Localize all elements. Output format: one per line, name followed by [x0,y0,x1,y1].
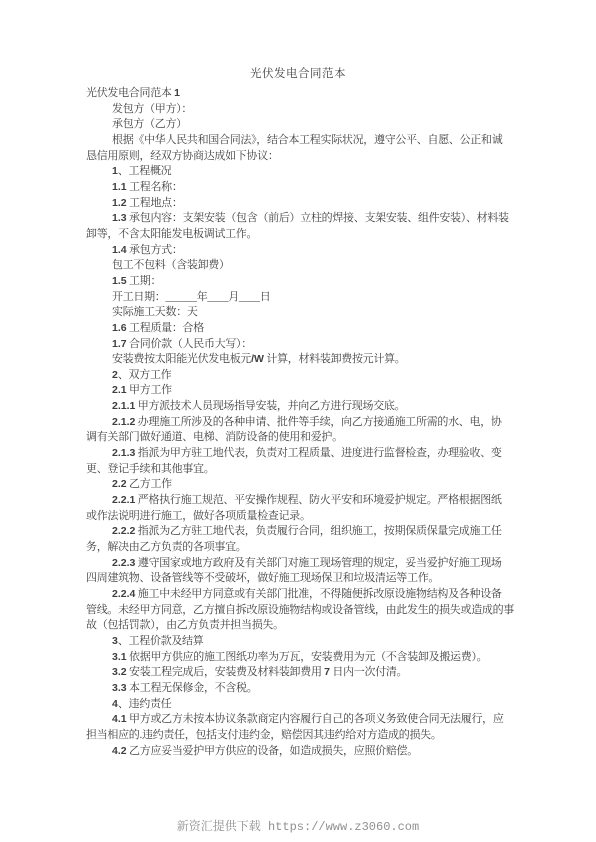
text-line: 包工不包料（含装卸费） [86,258,512,274]
line-text: 日内一次付清。 [330,666,407,678]
text-line: 恳信用原则，经双方协商达成如下协议： [86,149,512,165]
line-text: 依据甲方供应的施工图纸功率为万瓦，安装费用为元（不含装卸及搬运费）。 [127,651,488,663]
text-line: 开工日期：______年____月____日 [86,290,512,306]
text-line: 1.7 合同价款（人民币大写）： [86,337,512,353]
clause-number: 4.2 [112,745,127,757]
line-text: 乙方工作 [127,478,172,490]
line-text: 务，解决由乙方负责的各项事宜。 [86,541,247,553]
clause-number: 1.5 [112,275,127,287]
line-text: 施工中未经甲方同意或有关部门批准，不得随便拆改原设施物结构及各种设备 [135,588,501,600]
document-title: 光伏发电合同范本 [0,66,596,83]
text-line: 4、违约责任 [86,697,512,713]
clause-number: 2.2.1 [112,494,135,506]
text-line: 4.1 甲方或乙方未按本协议条款商定内容履行自己的各项义务致使合同无法履行，应 [86,712,512,728]
text-line: 1.4 承包方式： [86,243,512,259]
line-text: 发包方（甲方）： [112,103,192,115]
text-line: 2.2.1 严格执行施工规范、平安操作规程、防火平安和环境爱护规定。严格根据图纸 [86,493,512,509]
text-line: 发包方（甲方）： [86,102,512,118]
text-line: 2.2.3 遵守国家或地方政府及有关部门对施工现场管理的规定，妥当爱护好施工现场 [86,556,512,572]
line-text: 更、登记手续和其他事宜。 [86,463,214,475]
line-text: 、工程价款及结算 [118,635,204,647]
line-text: 指派为甲方驻工地代表，负责对工程质量、进度进行监督检查，办理验收、变 [135,447,501,459]
line-text: 光伏发电合同范本 [86,87,174,99]
text-line: 务，解决由乙方负责的各项事宜。 [86,540,512,556]
text-line: 2.2 乙方工作 [86,477,512,493]
text-line: 实际施工天数：天 [86,305,512,321]
line-text: 恳信用原则，经双方协商达成如下协议： [86,150,279,162]
line-text: 承包内容：支架安装（包含（前后）立柱的焊接、支架安装、组件安装）、材料装 [127,212,509,224]
text-line: 调有关部门做好通道、电梯、消防设备的使用和爱护。 [86,430,512,446]
clause-number: 1.6 [112,322,127,334]
text-line: 或作法说明进行施工，做好各项质量检查记录。 [86,509,512,525]
line-text: 工期： [127,275,162,287]
text-line: 1.2 工程地点： [86,196,512,212]
document-body: 光伏发电合同范本 1发包方（甲方）：承包方（乙方）根据《中华人民共和国合同法》，… [86,86,512,759]
text-line: 1.5 工期： [86,274,512,290]
text-line: 卸等，不含太阳能发电板调试工作。 [86,227,512,243]
text-line: 3.3 本工程无保修金，不含税。 [86,681,512,697]
line-text: 、工程概况 [118,165,172,177]
text-line: 3、工程价款及结算 [86,634,512,650]
text-line: 1、工程概况 [86,164,512,180]
page-footer: 新资汇提供下载 https://www.z3060.com [0,817,596,834]
text-line: 2.2.4 施工中未经甲方同意或有关部门批准，不得随便拆改原设施物结构及各种设备 [86,587,512,603]
line-text: 工程质量：合格 [127,322,204,334]
clause-number: 1.1 [112,181,127,193]
text-line: 2.1 甲方工作 [86,383,512,399]
clause-number: 2.2.2 [112,525,135,537]
contract-page: 光伏发电合同范本 光伏发电合同范本 1发包方（甲方）：承包方（乙方）根据《中华人… [0,0,596,842]
line-text: 或作法说明进行施工，做好各项质量检查记录。 [86,510,311,522]
line-text: 办理施工所涉及的各种申请、批件等手续，向乙方接通施工所需的水、电，协 [135,416,501,428]
clause-number: 3.3 [112,682,127,694]
line-text: 合同价款（人民币大写）： [127,338,252,350]
text-line: 承包方（乙方） [86,117,512,133]
clause-number: 2.1 [112,384,127,396]
text-line: 管线。未经甲方同意，乙方擅自拆改原设施物结构或设备管线，由此发生的损失或造成的事 [86,603,512,619]
text-line: 1.1 工程名称： [86,180,512,196]
line-text: 甲方派技术人员现场指导安装，并向乙方进行现场交底。 [135,400,405,412]
clause-number: 3.1 [112,651,127,663]
line-text: 本工程无保修金，不含税。 [127,682,258,694]
text-line: 2、双方工作 [86,368,512,384]
line-text: 包工不包料（含装卸费） [112,259,230,271]
line-text: 担当相应的.违约责任，包括支付违约金，赔偿因其违约给对方造成的损失。 [86,729,442,741]
text-line: 3.2 安装工程完成后，安装费及材料装卸费用 7 日内一次付清。 [86,665,512,681]
line-text: 安装费按太阳能光伏发电板元 [112,353,251,365]
line-text: 卸等，不含太阳能发电板调试工作。 [86,228,257,240]
clause-number: 3.2 [112,666,127,678]
line-text: 遵守国家或地方政府及有关部门对施工现场管理的规定，妥当爱护好施工现场 [135,557,501,569]
text-line: 1.6 工程质量：合格 [86,321,512,337]
line-text: 工程名称： [127,181,183,193]
text-line: 担当相应的.违约责任，包括支付违约金，赔偿因其违约给对方造成的损失。 [86,728,512,744]
clause-number: 1.7 [112,338,127,350]
clause-number: 1.3 [112,212,127,224]
line-text: 计算，材料装卸费按元计算。 [264,353,406,365]
clause-number: 2.1.1 [112,400,135,412]
line-text: 实际施工天数：天 [112,306,198,318]
text-line: 1.3 承包内容：支架安装（包含（前后）立柱的焊接、支架安装、组件安装）、材料装 [86,211,512,227]
clause-number: 2.2.3 [112,557,135,569]
text-line: 4.2 乙方应妥当爱护甲方供应的设备，如造成损失，应照价赔偿。 [86,744,512,760]
text-line: 故（包括罚款），由乙方负责并担当损失。 [86,618,512,634]
clause-number: 2.1.2 [112,416,135,428]
line-text: 根据《中华人民共和国合同法》，结合本工程实际状况，遵守公平、自愿、公正和诚 [112,134,502,146]
line-text: 承包方（乙方） [112,118,187,130]
text-line: 根据《中华人民共和国合同法》，结合本工程实际状况，遵守公平、自愿、公正和诚 [86,133,512,149]
clause-number: 1 [174,87,180,99]
text-line: 3.1 依据甲方供应的施工图纸功率为万瓦，安装费用为元（不含装卸及搬运费）。 [86,650,512,666]
text-line: 更、登记手续和其他事宜。 [86,462,512,478]
clause-number: 1.2 [112,197,127,209]
text-line: 光伏发电合同范本 1 [86,86,512,102]
line-text: 严格执行施工规范、平安操作规程、防火平安和环境爱护规定。严格根据图纸 [135,494,501,506]
text-line: 2.1.1 甲方派技术人员现场指导安装，并向乙方进行现场交底。 [86,399,512,415]
line-text: 、违约责任 [118,698,172,710]
line-text: 故（包括罚款），由乙方负责并担当损失。 [86,619,284,631]
line-text: 甲方工作 [127,384,172,396]
text-line: 2.1.2 办理施工所涉及的各种申请、批件等手续，向乙方接通施工所需的水、电，协 [86,415,512,431]
line-text: 甲方或乙方未按本协议条款商定内容履行自己的各项义务致使合同无法履行，应 [127,713,504,725]
line-text: 承包方式： [127,244,183,256]
clause-number: 2.1.3 [112,447,135,459]
line-text: 开工日期：______年____月____日 [112,291,270,303]
clause-number: 4.1 [112,713,127,725]
clause-number: 1.4 [112,244,127,256]
text-line: 2.1.3 指派为甲方驻工地代表，负责对工程质量、进度进行监督检查，办理验收、变 [86,446,512,462]
text-line: 安装费按太阳能光伏发电板元/W 计算，材料装卸费按元计算。 [86,352,512,368]
line-text: 指派为乙方驻工地代表，负责履行合同，组织施工，按期保质保量完成施工任 [135,525,501,537]
line-text: 工程地点： [127,197,183,209]
line-text: 安装工程完成后，安装费及材料装卸费用 [127,666,325,678]
clause-number: 2.2 [112,478,127,490]
line-text: 四周建筑物、设备管线等不受破坏，做好施工现场保卫和垃圾清运等工作。 [86,572,439,584]
clause-number: /W [251,353,264,365]
clause-number: 2.2.4 [112,588,135,600]
text-line: 四周建筑物、设备管线等不受破坏，做好施工现场保卫和垃圾清运等工作。 [86,571,512,587]
text-line: 2.2.2 指派为乙方驻工地代表，负责履行合同，组织施工，按期保质保量完成施工任 [86,524,512,540]
line-text: 调有关部门做好通道、电梯、消防设备的使用和爱护。 [86,431,343,443]
line-text: 管线。未经甲方同意，乙方擅自拆改原设施物结构或设备管线，由此发生的损失或造成的事 [86,604,514,616]
line-text: 、双方工作 [118,369,172,381]
line-text: 乙方应妥当爱护甲方供应的设备，如造成损失，应照价赔偿。 [127,745,418,757]
